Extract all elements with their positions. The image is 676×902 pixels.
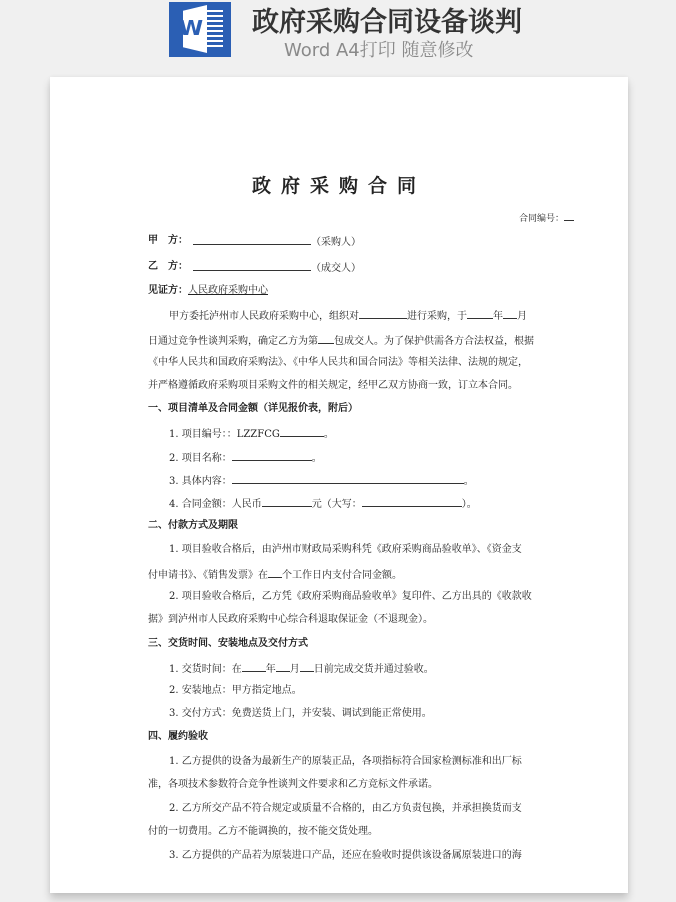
section-4-heading: 四、履约验收 <box>148 731 208 743</box>
section-1-heading: 一、项目清单及合同金额（详见报价表，附后） <box>148 403 358 415</box>
intro-line-1: 甲方委托泸州市人民政府采购中心，组织对进行采购，于年月 <box>169 309 527 323</box>
document-page: 政府采购合同 合同编号： 甲 方： （采购人） 乙 方： （成交人） 见证方：人… <box>50 77 628 893</box>
section-4-item-1-line-2: 准，各项技术参数符合竞争性谈判文件要求和乙方竞标文件承诺。 <box>148 779 438 791</box>
banner-subtitle: Word A4打印 随意修改 <box>284 36 473 62</box>
intro-line-4: 并严格遵循政府采购项目采购文件的相关规定，经甲乙双方协商一致，订立本合同。 <box>148 380 518 392</box>
banner: W 政府采购合同设备谈判 Word A4打印 随意修改 <box>0 0 676 70</box>
party-b-label: 乙 方： <box>148 261 188 273</box>
section-3-item-3: 3. 交付方式：免费送货上门，并安装、调试到能正常使用。 <box>169 708 432 720</box>
intro-line-3: 《中华人民共和国政府采购法》、《中华人民共和国合同法》等相关法律、法规的规定， <box>148 357 528 369</box>
section-3-item-2: 2. 安装地点：甲方指定地点。 <box>169 685 302 697</box>
section-4-item-2-line-2: 付的一切费用。乙方不能调换的，按不能交货处理。 <box>148 826 378 838</box>
section-2-heading: 二、付款方式及期限 <box>148 520 238 532</box>
section-4-item-2-line-1: 2. 乙方所交产品不符合规定或质量不合格的，由乙方负责包换，并承担换货而支 <box>169 803 522 815</box>
section-2-item-1-line-1: 1. 项目验收合格后，由泸州市财政局采购科凭《政府采购商品验收单》、《资金支 <box>169 544 522 556</box>
section-1-item-1: 1. 项目编号：：LZZFCG。 <box>169 427 334 441</box>
section-2-item-2-line-1: 2. 项目验收合格后，乙方凭《政府采购商品验收单》复印件、乙方出具的《收款收 <box>169 591 532 603</box>
party-a-field[interactable]: （采购人） <box>193 235 361 249</box>
intro-line-2: 日通过竞争性谈判采购，确定乙方为第包成交人。为了保护供需各方合法权益，根据 <box>148 334 534 348</box>
section-1-item-2: 2. 项目名称：。 <box>169 451 322 465</box>
section-2-item-2-line-2: 据》到泸州市人民政府采购中心综合科退取保证金（不退现金）。 <box>148 614 433 626</box>
witness: 见证方：人民政府采购中心 <box>148 285 268 297</box>
document-title: 政府采购合同 <box>50 171 628 198</box>
party-a-label: 甲 方： <box>148 235 188 247</box>
word-icon: W <box>169 2 231 57</box>
contract-number: 合同编号： <box>519 211 574 224</box>
section-3-item-1: 1. 交货时间：在年月日前完成交货并通过验收。 <box>169 662 434 676</box>
section-1-item-3: 3. 具体内容：。 <box>169 474 474 488</box>
party-b-field[interactable]: （成交人） <box>193 261 361 275</box>
section-4-item-3-line-1: 3. 乙方提供的产品若为原装进口产品，还应在验收时提供该设备属原装进口的海 <box>169 850 522 862</box>
section-3-heading: 三、交货时间、安装地点及交付方式 <box>148 638 308 650</box>
section-1-item-4: 4. 合同金额：人民币元（大写：）。 <box>169 497 477 511</box>
section-4-item-1-line-1: 1. 乙方提供的设备为最新生产的原装正品，各项指标符合国家检测标准和出厂标 <box>169 756 522 768</box>
section-2-item-1-line-2: 付申请书》、《销售发票》在个工作日内支付合同金额。 <box>148 568 402 582</box>
banner-title: 政府采购合同设备谈判 <box>252 0 522 39</box>
